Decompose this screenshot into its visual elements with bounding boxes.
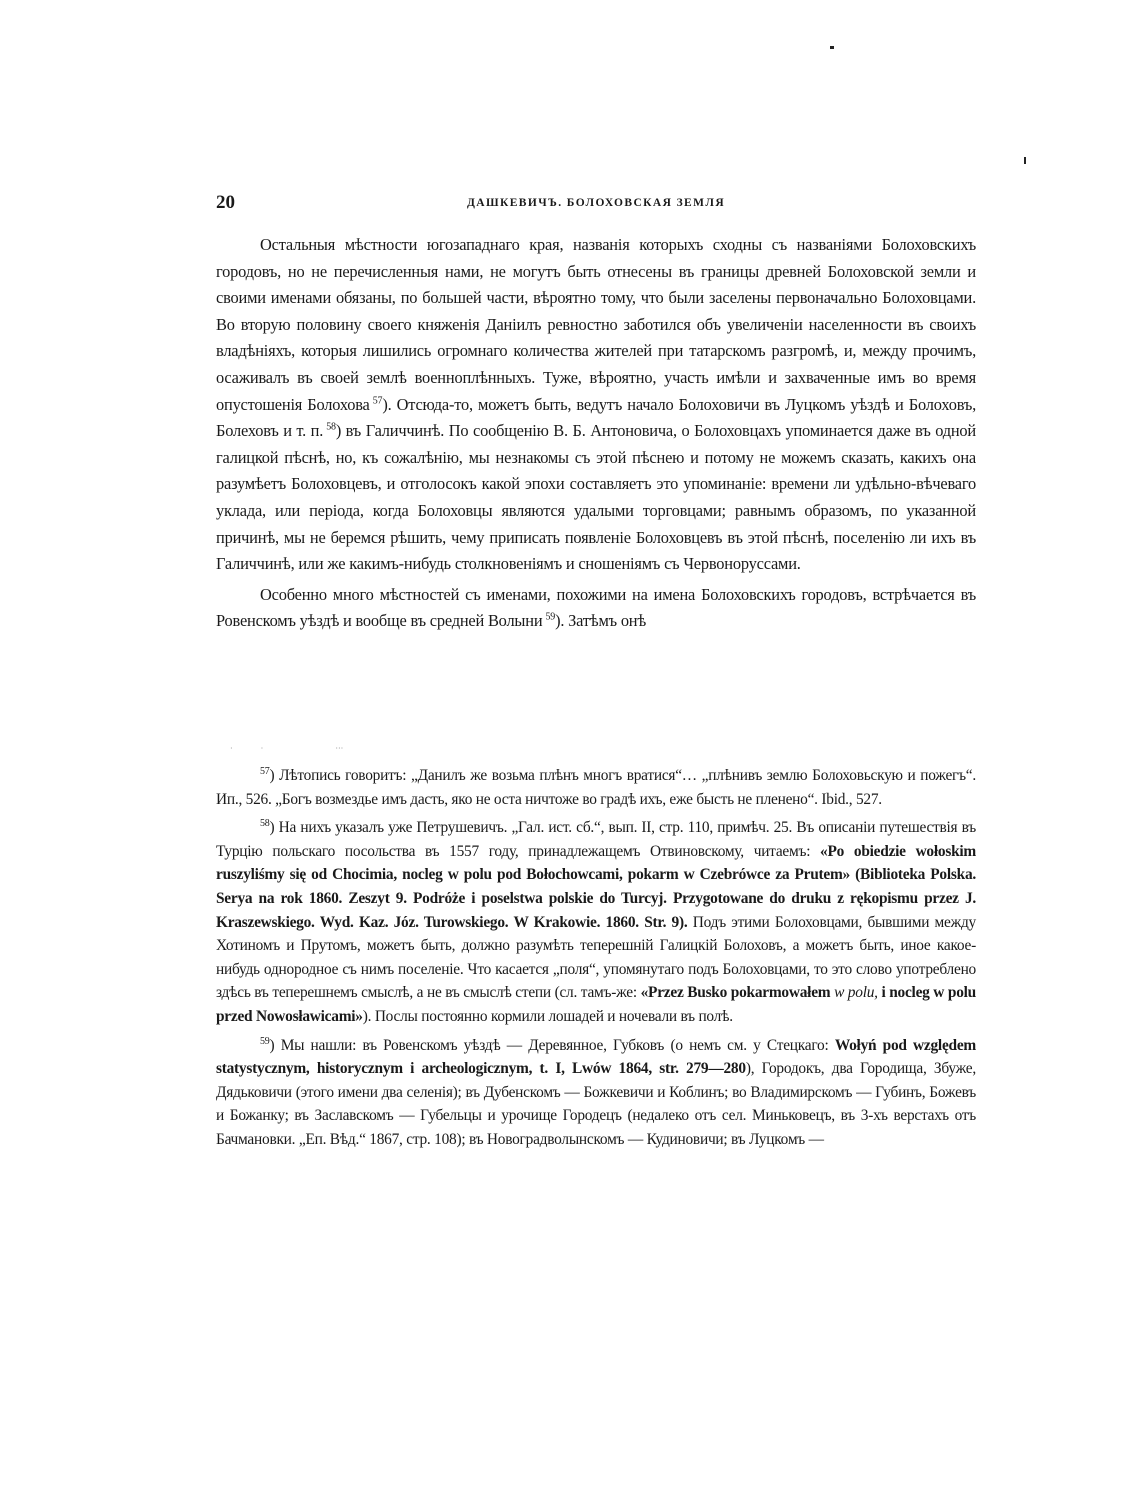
paragraph-2: Особенно много мѣстностей съ именами, по… xyxy=(216,582,976,635)
paragraph-text: Остальныя мѣстности югозападнаго края, н… xyxy=(216,235,976,414)
page-header: 20 ДАШКЕВИЧЪ. БОЛОХОВСКАЯ ЗЕМЛЯ xyxy=(216,192,976,216)
polish-italic: w polu, xyxy=(834,984,878,1001)
main-text: Остальныя мѣстности югозападнаго края, н… xyxy=(216,232,976,635)
footnote-marker: 58 xyxy=(260,818,270,829)
footnote-ref-58[interactable]: 58 xyxy=(326,422,336,433)
paragraph-text: ). Затѣмъ онѣ xyxy=(555,611,646,630)
footnote-marker: 59 xyxy=(260,1035,270,1046)
separator-marks: · · ··· xyxy=(230,744,343,753)
footnote-marker: 57 xyxy=(260,766,270,777)
footnote-ref-59[interactable]: 59 xyxy=(545,612,555,623)
footnote-text: ) Мы нашли: въ Ровенскомъ уѣздѣ — Деревя… xyxy=(270,1037,835,1054)
polish-quote: «Przez Busko pokarmowałem xyxy=(641,984,834,1001)
footnote-57: 57) Лѣтопись говоритъ: „Данилъ же возьма… xyxy=(216,764,976,811)
scan-speck xyxy=(1024,157,1026,164)
footnote-59: 59) Мы нашли: въ Ровенскомъ уѣздѣ — Дере… xyxy=(216,1034,976,1152)
scan-speck xyxy=(830,46,834,49)
paragraph-1: Остальныя мѣстности югозападнаго края, н… xyxy=(216,232,976,578)
paragraph-text: ) въ Галиччинѣ. По сообщенію В. Б. Антон… xyxy=(216,421,976,573)
footnote-ref-57[interactable]: 57 xyxy=(373,395,383,406)
footnote-text: ) Лѣтопись говоритъ: „Данилъ же возьма п… xyxy=(216,767,976,808)
footnote-text: ). Послы постоянно кормили лошадей и ноч… xyxy=(363,1008,733,1025)
footnotes: 57) Лѣтопись говоритъ: „Данилъ же возьма… xyxy=(216,764,976,1157)
running-head: ДАШКЕВИЧЪ. БОЛОХОВСКАЯ ЗЕМЛЯ xyxy=(216,197,976,209)
footnote-58: 58) На нихъ указалъ уже Петрушевичъ. „Га… xyxy=(216,816,976,1028)
